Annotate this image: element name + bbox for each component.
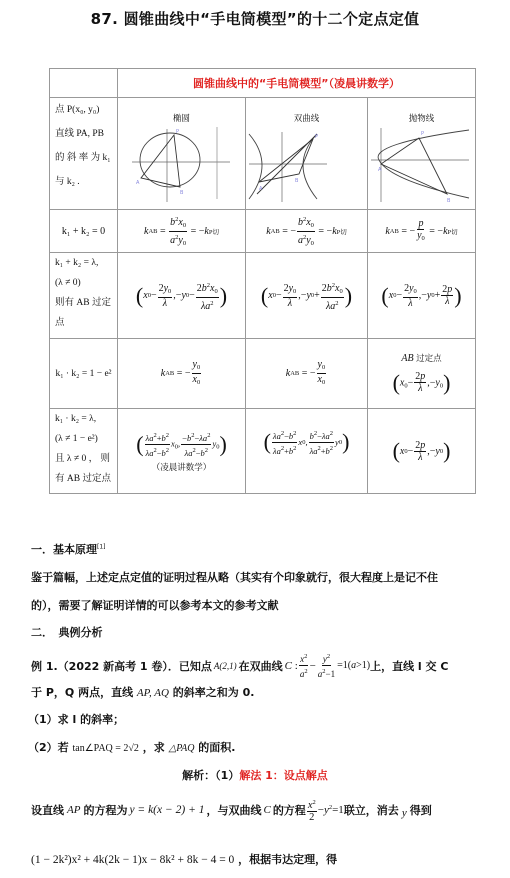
parabola-diagram-icon: P A B [369, 124, 474, 204]
parabola-label: 抛物线 [409, 112, 435, 124]
solution-text: 得到 [410, 802, 432, 818]
row4-label: k₁ · k₂ = 1 − e² [50, 339, 117, 408]
row3-ellipse-point: (x0−2y0λ,−y0−2b2x0λa2) [118, 253, 245, 338]
table-header: 圆锥曲线中的“手电筒模型”（凌晨讲数学） [118, 69, 475, 97]
example-point: A(2,1) [214, 661, 237, 671]
question-2-math2: △PAQ [169, 743, 195, 754]
row2-ellipse-formula: kAB = b2x0a2y0 = −kP切 [118, 210, 245, 252]
row5-label: k₁ · k₂ = λ, (λ ≠ 1 − e²) 且 λ ≠ 0 ， 则 有 … [50, 409, 117, 493]
svg-text:A: A [378, 167, 382, 173]
section1-heading-text: 一．基本原理 [31, 543, 97, 556]
example-prefix: 例 1.（2022 新高考 1 卷）．已知点 [31, 658, 212, 674]
example-line1: 例 1.（2022 新高考 1 卷）．已知点 A(2,1) 在双曲线 C : x… [31, 651, 448, 680]
question-2-a: （2）若 [28, 741, 69, 754]
row5-label-line: 且 λ ≠ 0 ， 则 [55, 449, 110, 469]
svg-text:B: B [295, 178, 299, 184]
row1-label-line: 的 斜 率 为 k₁ [55, 146, 111, 170]
svg-text:A: A [136, 180, 140, 186]
ellipse-cell: 椭圆 P A B [118, 98, 245, 209]
solution-text: 设直线 [31, 802, 64, 818]
svg-text:A: A [259, 186, 263, 192]
curve-frac1: x2a2 [299, 651, 309, 680]
solution-text: ，与双曲线 [206, 802, 261, 818]
solution-method: 解法 1：设点解点 [239, 769, 327, 782]
curve-name: C [285, 660, 292, 672]
svg-text:P: P [176, 129, 179, 135]
watermark-text: （凌晨讲数学） [152, 461, 212, 473]
row5-parabola-point: (x0−2pλ,−y0) [368, 409, 475, 493]
row3-parabola-point: (x0−2y0λ,−y0+2pλ) [368, 253, 475, 338]
row5-hyperbola-point: (λa2−b2λa2+b2x0,b2−λa2λa2+b2y0) [246, 409, 367, 493]
parabola-cell: 抛物线 P A B [368, 98, 475, 209]
svg-text:B: B [180, 190, 184, 196]
solution-heading: 解析：（1）解法 1：设点解点 [0, 767, 510, 783]
section1-paragraph-line1: 鉴于篇幅，上述定点定值的证明过程从略（其实有个印象就行，很大程度上是记不住 [31, 569, 491, 585]
solution-text: ，根据韦达定理，得 [238, 853, 337, 866]
svg-text:P: P [315, 134, 318, 140]
hyperbola-diagram-icon: P A B [247, 124, 367, 204]
question-1: （1）求 l 的斜率； [28, 711, 124, 727]
row2-label: k₁ + k₂ = 0 [50, 210, 117, 252]
row5-label-line: (λ ≠ 1 − e²) [55, 429, 98, 449]
row1-label-line: 直线 PA, PB [55, 122, 104, 146]
row5-label-line: 有 AB 过定点 [55, 469, 111, 489]
solution-label: 解析：（1） [182, 769, 239, 782]
row4-ellipse-formula: kAB = −y0x0 [118, 339, 245, 408]
section1-heading: 一．基本原理[1] [31, 541, 106, 557]
solution-text: 的方程 [273, 802, 306, 818]
row3-label-line: (λ ≠ 0) [55, 273, 81, 293]
row2-parabola-formula: kAB = −py0 = −kP切 [368, 210, 475, 252]
row4-parabola-formula: AB 过定点 (x0−2pλ,−y0) [368, 339, 475, 408]
example-line2-b: 的斜率之和为 0. [173, 686, 255, 699]
row3-label-line: k₁ + k₂ = λ, [55, 253, 98, 273]
solution-math: AP [67, 804, 80, 816]
row5-label-line: k₁ · k₂ = λ, [55, 409, 96, 429]
section1-paragraph-line2: 的），需要了解证明详情的可以参考本文的参考文献 [31, 597, 279, 613]
section2-heading: 二． 典例分析 [31, 624, 103, 640]
question-2: （2）若 tan∠PAQ = 2√2 ，求 △PAQ 的面积. [28, 739, 235, 755]
row3-label-line: 则有 AB 过定 [55, 293, 111, 313]
question-2-c: 的面积. [198, 741, 235, 754]
row4-hyperbola-formula: kAB = −y0x0 [246, 339, 367, 408]
solution-line1: 设直线 AP 的方程为 y = k(x − 2) + 1 ，与双曲线 C 的方程… [31, 797, 432, 823]
solution-equation: (1 − 2k²)x² + 4k(2k − 1)x − 8k² + 8k − 4… [31, 854, 234, 866]
solution-frac: x22 [307, 797, 317, 823]
row5-ellipse-point: (λa2+b2λa2−b2x0,−b2−λa2λa2−b2y0) （凌晨讲数学） [118, 409, 245, 493]
question-2-math: tan∠PAQ = 2√2 [73, 743, 139, 754]
summary-table: 圆锥曲线中的“手电筒模型”（凌晨讲数学） 点 P(x₀, y₀) 直线 PA, … [49, 68, 476, 494]
row1-label-line: 点 P(x₀, y₀) [55, 98, 99, 122]
reference-link[interactable]: [1] [97, 543, 106, 550]
example-suffix: 上，直线 l 交 C [370, 658, 448, 674]
curve-frac2: y2a2−1 [317, 651, 336, 680]
example-line2: 于 P，Q 两点，直线 AP, AQ 的斜率之和为 0. [31, 684, 254, 700]
solution-math: y = k(x − 2) + 1 [129, 804, 204, 816]
row3-hyperbola-point: (x0−2y0λ,−y0+2b2x0λa2) [246, 253, 367, 338]
solution-line2: (1 − 2k²)x² + 4k(2k − 1)x − 8k² + 8k − 4… [31, 851, 337, 867]
ellipse-diagram-icon: P A B [122, 124, 242, 204]
question-2-b: ，求 [143, 741, 165, 754]
hyperbola-label: 双曲线 [294, 112, 320, 124]
solution-math: C [263, 804, 270, 816]
row1-label: 点 P(x₀, y₀) 直线 PA, PB 的 斜 率 为 k₁ 与 k₂ . [50, 98, 117, 209]
hyperbola-cell: 双曲线 P A B [246, 98, 367, 209]
solution-math: y [402, 807, 407, 819]
svg-text:B: B [447, 198, 451, 204]
example-mid: 在双曲线 [239, 658, 283, 674]
row3-label: k₁ + k₂ = λ, (λ ≠ 0) 则有 AB 过定 点 [50, 253, 117, 338]
example-line2-math: AP, AQ [137, 687, 169, 699]
solution-text: 联立，消去 [344, 802, 399, 818]
example-line2-a: 于 P，Q 两点，直线 [31, 686, 133, 699]
row3-label-line: 点 [55, 313, 65, 333]
solution-text: 的方程为 [83, 802, 127, 818]
svg-text:P: P [421, 131, 424, 137]
ellipse-label: 椭圆 [173, 112, 190, 124]
row1-label-line: 与 k₂ . [55, 170, 80, 194]
row2-hyperbola-formula: kAB = −b2x0a2y0 = −kP切 [246, 210, 367, 252]
page-title: 87. 圆锥曲线中“手电筒模型”的十二个定点定值 [0, 8, 510, 29]
